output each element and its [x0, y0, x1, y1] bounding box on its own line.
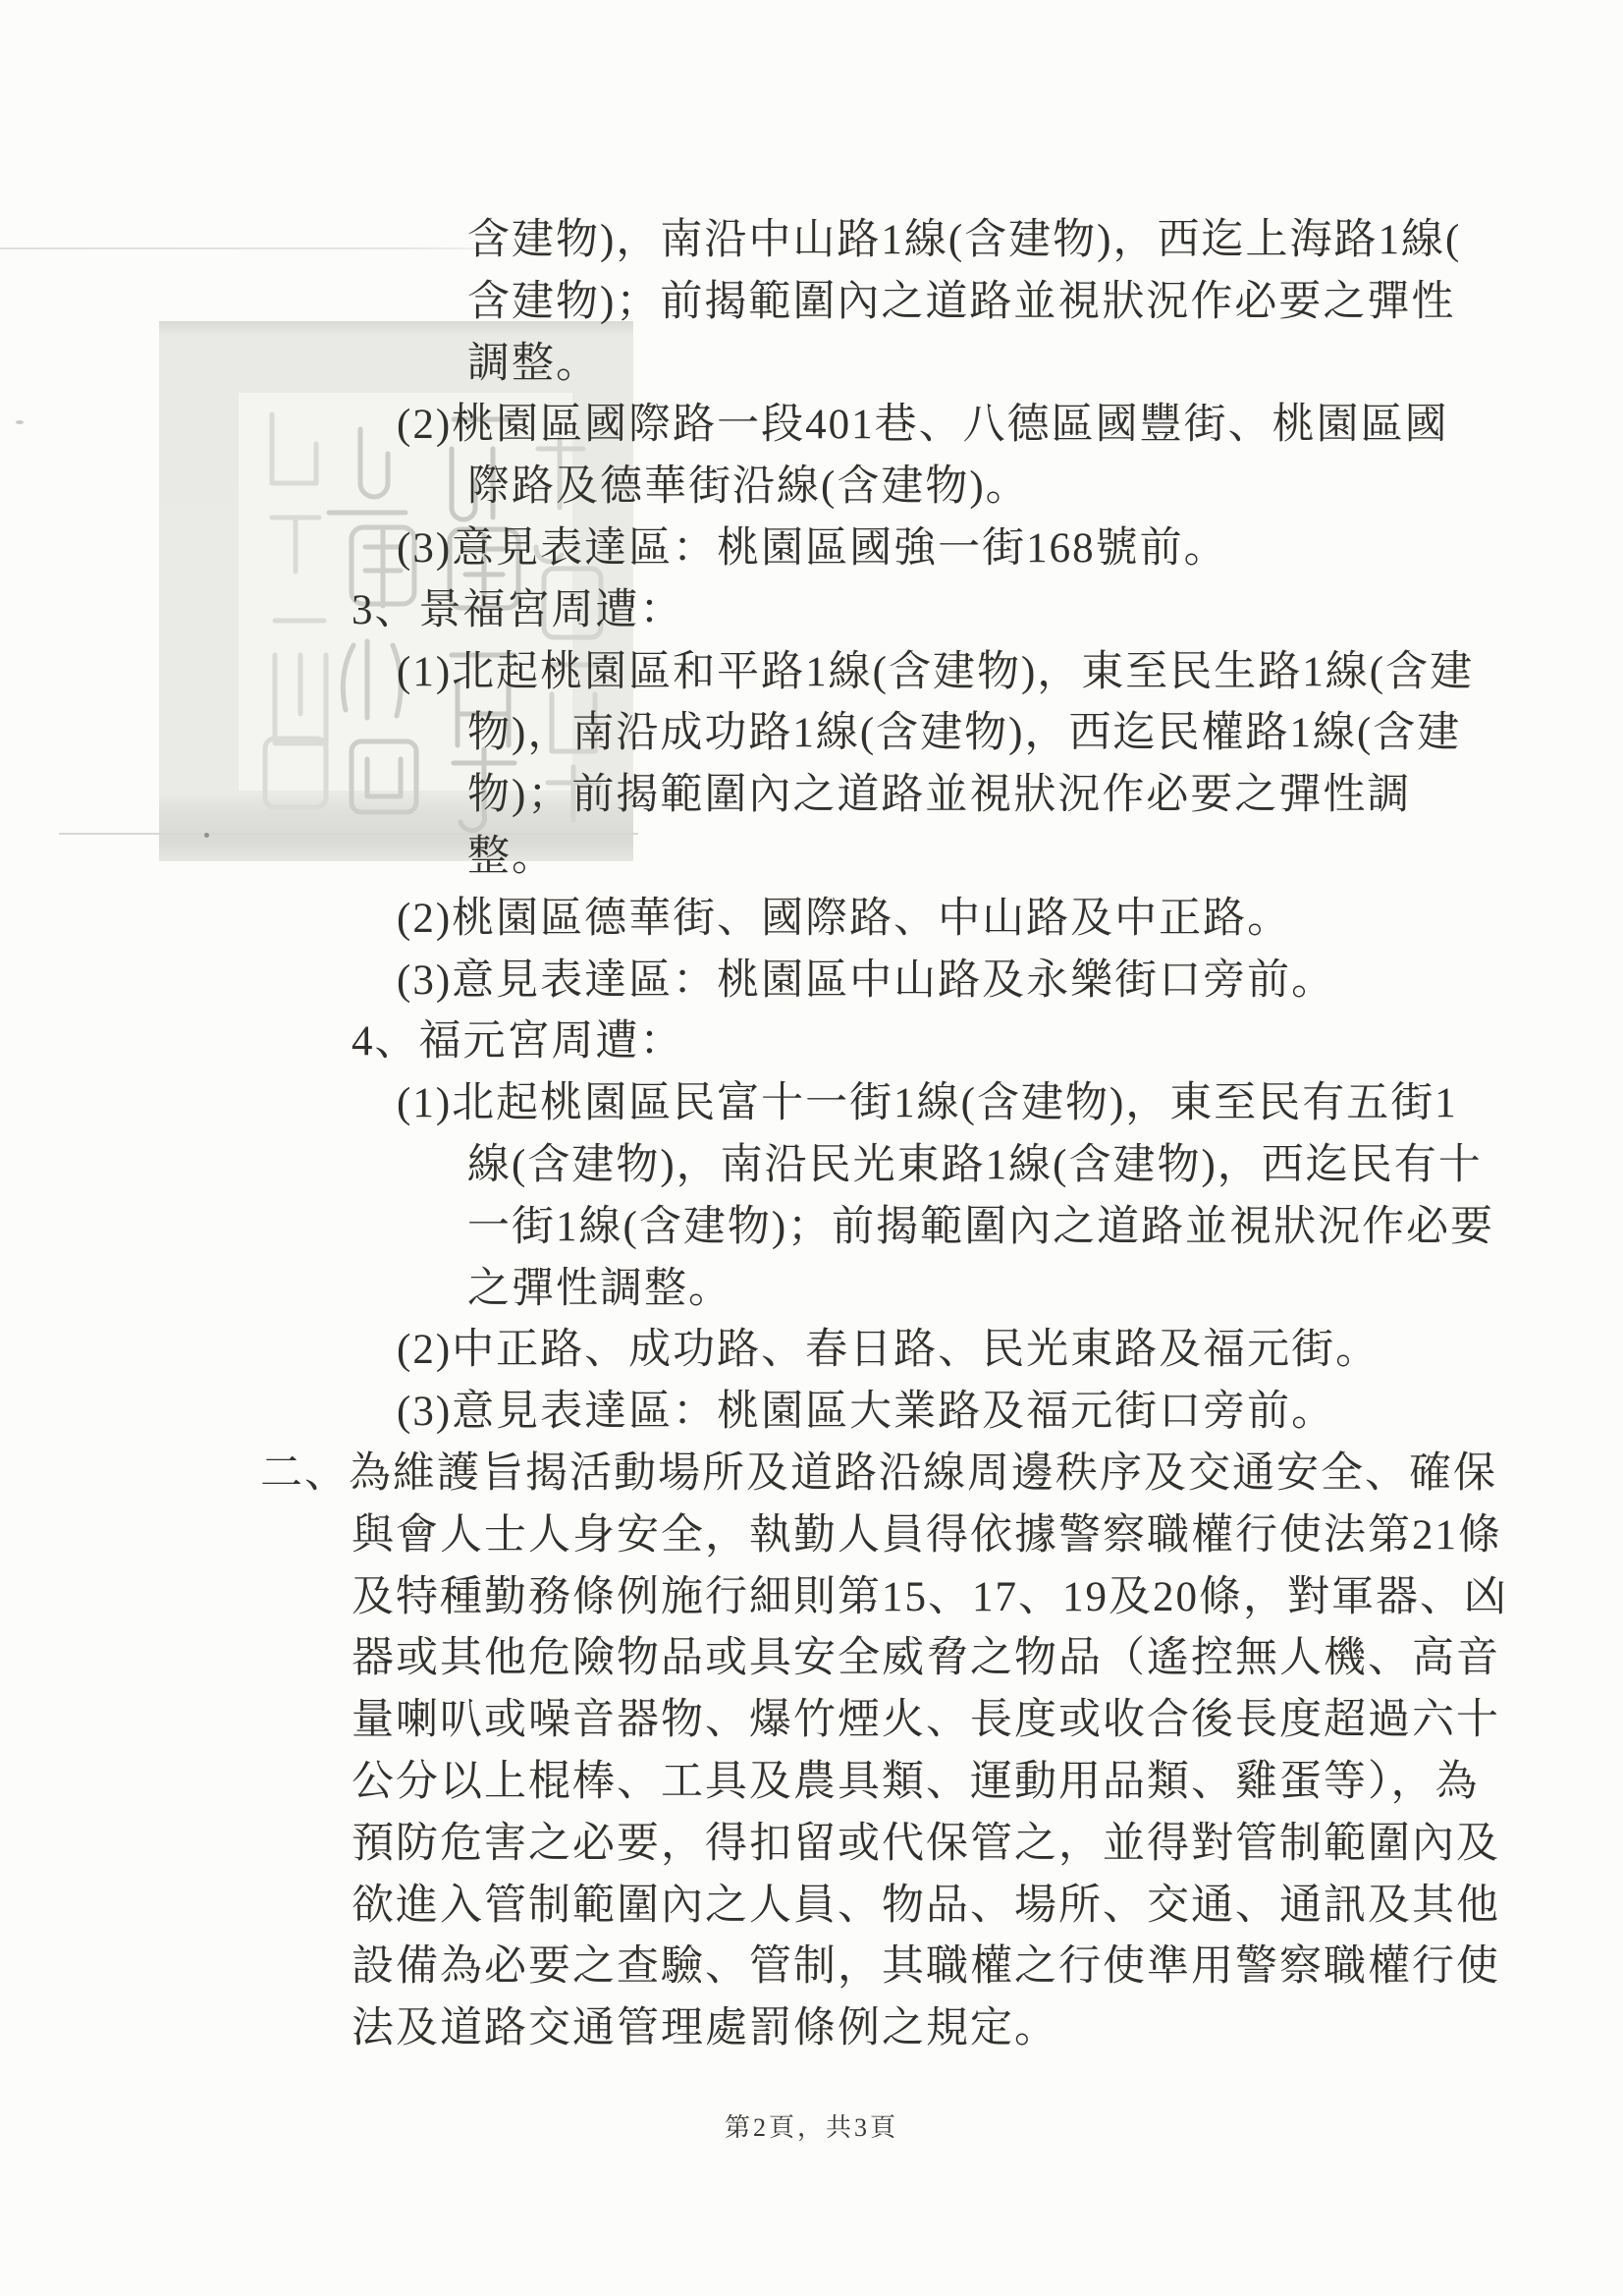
text-line: (2)中正路、成功路、春日路、民光東路及福元街。 [0, 1320, 1623, 1382]
text-line: 公分以上棍棒、工具及農具類、運動用品類、雞蛋等），為 [0, 1752, 1623, 1814]
text-line: 之彈性調整。 [0, 1259, 1623, 1321]
text-line: 及特種勤務條例施行細則第15、17、19及20條，對軍器、凶 [0, 1567, 1623, 1629]
page-footer: 第2頁，共3頁 [0, 2107, 1623, 2144]
text-line: 法及道路交通管理處罰條例之規定。 [0, 1998, 1623, 2060]
text-line: 預防危害之必要，得扣留或代保管之，並得對管制範圍內及 [0, 1814, 1623, 1876]
text-line: 3、景福宮周遭： [0, 580, 1623, 642]
text-line: (2)桃園區國際路一段401巷、八德區國豐街、桃園區國 [0, 395, 1623, 457]
page-indicator: 第2頁，共3頁 [725, 2113, 898, 2142]
text-line: 含建物)，南沿中山路1線(含建物)，西迄上海路1線( [0, 210, 1623, 272]
text-line: 線(含建物)，南沿民光東路1線(含建物)，西迄民有十 [0, 1135, 1623, 1197]
text-line: (1)北起桃園區和平路1線(含建物)，東至民生路1線(含建 [0, 642, 1623, 704]
text-line: 器或其他危險物品或具安全威脅之物品（遙控無人機、高音 [0, 1628, 1623, 1690]
text-line: 量喇叭或噪音器物、爆竹煙火、長度或收合後長度超過六十 [0, 1690, 1623, 1752]
text-line: (1)北起桃園區民富十一街1線(含建物)，東至民有五街1 [0, 1073, 1623, 1135]
text-line: (2)桃園區德華街、國際路、中山路及中正路。 [0, 889, 1623, 951]
text-line: 一街1線(含建物)；前揭範圍內之道路並視狀況作必要 [0, 1197, 1623, 1259]
text-line: 4、福元宮周遭： [0, 1011, 1623, 1073]
text-line: (3)意見表達區：桃園區中山路及永樂街口旁前。 [0, 951, 1623, 1012]
text-line: (3)意見表達區：桃園區大業路及福元街口旁前。 [0, 1382, 1623, 1444]
text-line: 與會人士人身安全，執勤人員得依據警察職權行使法第21條 [0, 1505, 1623, 1567]
scanned-document-page: 含建物)，南沿中山路1線(含建物)，西迄上海路1線(含建物)；前揭範圍內之道路並… [0, 0, 1623, 2296]
text-line: 設備為必要之查驗、管制，其職權之行使準用警察職權行使 [0, 1937, 1623, 1998]
text-line: 整。 [0, 827, 1623, 889]
text-line: 含建物)；前揭範圍內之道路並視狀況作必要之彈性 [0, 272, 1623, 334]
document-body-lines: 含建物)，南沿中山路1線(含建物)，西迄上海路1線(含建物)；前揭範圍內之道路並… [0, 210, 1623, 2060]
text-line: 物)，南沿成功路1線(含建物)，西迄民權路1線(含建 [0, 703, 1623, 765]
text-line: 物)；前揭範圍內之道路並視狀況作必要之彈性調 [0, 765, 1623, 827]
text-line: 欲進入管制範圍內之人員、物品、場所、交通、通訊及其他 [0, 1876, 1623, 1938]
text-line: 調整。 [0, 334, 1623, 396]
text-line: 際路及德華街沿線(含建物)。 [0, 457, 1623, 519]
text-line: 二、為維護旨揭活動場所及道路沿線周邊秩序及交通安全、確保 [0, 1444, 1623, 1505]
text-line: (3)意見表達區：桃園區國強一街168號前。 [0, 519, 1623, 580]
